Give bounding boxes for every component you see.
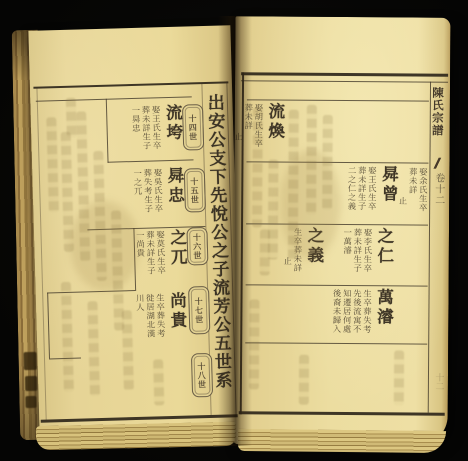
entry-note-column: 葬未詳生子 bbox=[352, 227, 362, 281]
right-page-bleed-through bbox=[2, 0, 468, 1]
genealogy-entry: 流煥娶胡氏生卒葬未詳止 bbox=[214, 102, 284, 156]
book-photo-stage: 岀安公支下先悅公之子流芳公五世系 十四世十五世十六世十七世十八世 流垮娶王氏生卒… bbox=[0, 0, 468, 461]
bleed-through-column bbox=[249, 299, 260, 389]
genealogy-entry: 娶余氏生卒葬未詳止 bbox=[357, 166, 427, 224]
entry-note-column: 後裔未歸入 bbox=[332, 288, 342, 346]
bleed-through-column bbox=[394, 350, 404, 405]
frame-line bbox=[239, 411, 445, 415]
folio-volume-label: 卷十二 bbox=[432, 173, 443, 217]
frame-line bbox=[241, 80, 448, 83]
folio-page-number: 十二 bbox=[433, 373, 443, 403]
entry-note-column: 葬未詳 bbox=[243, 102, 253, 156]
entry-note-column: 一萬濬 bbox=[342, 227, 352, 281]
right-page-content: 陳氏宗譜 卷十二 十二 流煥娶胡氏生卒葬未詳止曻曾娶王氏生卒葬未詳生子二之仁之義… bbox=[0, 0, 468, 461]
genealogy-entry: 萬濬生卒葬失考先後流寓不知遷居何處後裔未歸入 bbox=[322, 288, 392, 346]
entry-note-column: 娶余氏生卒 bbox=[418, 167, 428, 225]
entry-name: 流煥 bbox=[265, 102, 284, 156]
entry-note-column: 生卒葬失考 bbox=[362, 288, 372, 346]
tree-line bbox=[246, 284, 428, 287]
right-page-tree-lines bbox=[2, 0, 468, 1]
entry-note-column: 知遷居何處 bbox=[342, 288, 352, 346]
fishtail-mark-icon bbox=[430, 158, 443, 169]
entry-name: 之仁 bbox=[374, 227, 393, 281]
entry-note-column: 娶李氏生卒 bbox=[363, 227, 373, 281]
entry-note-column: 二之仁之義 bbox=[347, 165, 357, 223]
bleed-through-column bbox=[252, 107, 263, 227]
folio-book-title: 陳氏宗譜 bbox=[431, 87, 444, 161]
entry-note-column: 先後流寓不 bbox=[352, 288, 362, 346]
bleed-through-column bbox=[260, 229, 270, 275]
frame-line bbox=[241, 72, 448, 76]
entry-note-column: 止 bbox=[233, 102, 243, 156]
bleed-through-column bbox=[299, 355, 309, 405]
right-page-entries: 流煥娶胡氏生卒葬未詳止曻曾娶王氏生卒葬未詳生子二之仁之義之仁娶李氏生卒葬未詳生子… bbox=[2, 0, 468, 1]
entry-note-column: 止 bbox=[398, 166, 408, 224]
entry-note-column: 葬未詳 bbox=[408, 166, 418, 224]
entry-name: 萬濬 bbox=[373, 288, 392, 346]
